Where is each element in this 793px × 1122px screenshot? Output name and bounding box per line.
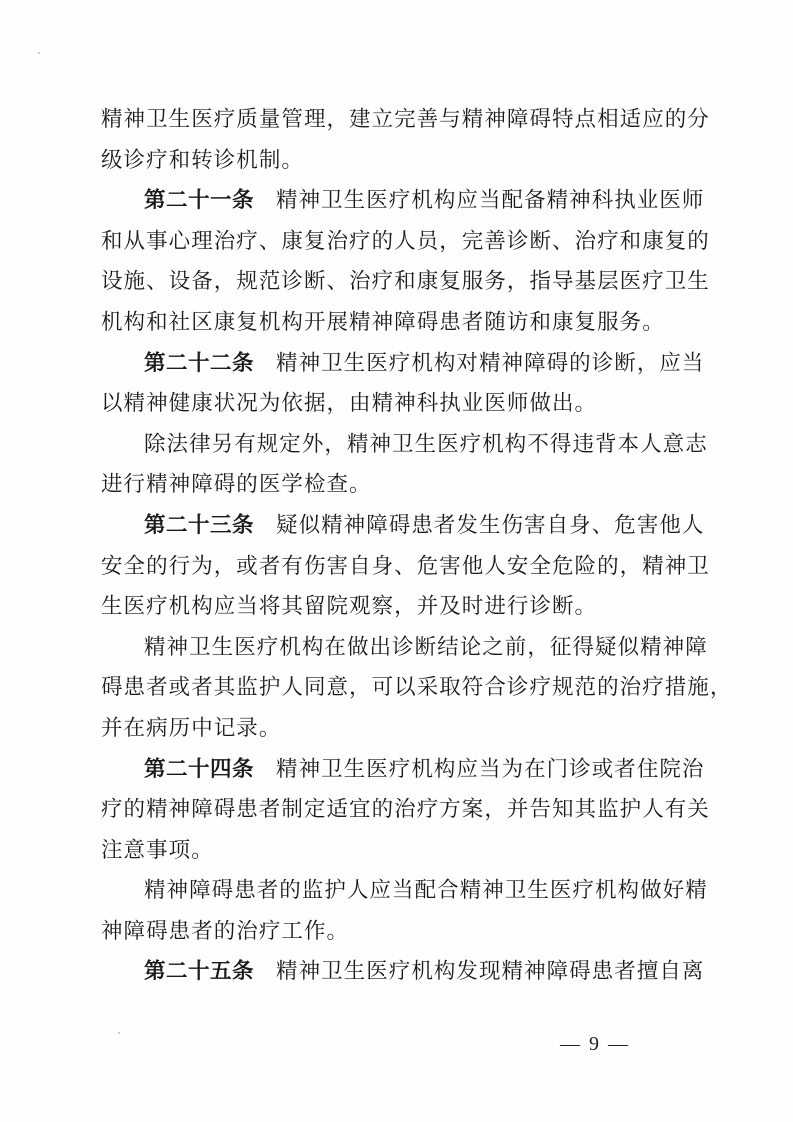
article-22-heading-line: 第二十二条精神卫生医疗机构对精神障碍的诊断，应当 [101, 344, 685, 385]
text-line: 碍患者或者其监护人同意，可以采取符合诊疗规范的治疗措施， [101, 668, 685, 709]
line-text: 碍患者或者其监护人同意，可以采取符合诊疗规范的治疗措施， [101, 675, 732, 700]
article-24-heading-line: 第二十四条精神卫生医疗机构应当为在门诊或者住院治 [101, 750, 685, 791]
text-line: 以精神健康状况为依据，由精神科执业医师做出。 [101, 384, 685, 425]
line-text: 神障碍患者的治疗工作。 [101, 919, 349, 944]
text-line: 并在病历中记录。 [101, 709, 685, 750]
text-line: 设施、设备，规范诊断、治疗和康复服务，指导基层医疗卫生 [101, 262, 685, 303]
line-text: 机构和社区康复机构开展精神障碍患者随访和康复服务。 [101, 310, 665, 335]
text-line: 疗的精神障碍患者制定适宜的治疗方案，并告知其监护人有关 [101, 790, 685, 831]
paragraph-start-line: 精神障碍患者的监护人应当配合精神卫生医疗机构做好精 [101, 871, 685, 912]
scan-speck [38, 52, 40, 54]
page-number: — 9 — [560, 1033, 630, 1056]
article-25-heading-line: 第二十五条精神卫生医疗机构发现精神障碍患者擅自离 [101, 952, 685, 993]
line-text: 精神卫生医疗机构发现精神障碍患者擅自离 [276, 959, 704, 984]
line-text: 生医疗机构应当将其留院观察，并及时进行诊断。 [101, 594, 597, 619]
text-line: 生医疗机构应当将其留院观察，并及时进行诊断。 [101, 587, 685, 628]
line-text: 精神卫生医疗质量管理，建立完善与精神障碍特点相适应的分 [101, 107, 710, 132]
text-line: 精神卫生医疗质量管理，建立完善与精神障碍特点相适应的分 [101, 100, 685, 141]
article-number: 第二十一条 [144, 188, 254, 213]
article-21-heading-line: 第二十一条精神卫生医疗机构应当配备精神科执业医师 [101, 181, 685, 222]
line-text: 注意事项。 [101, 838, 214, 863]
paragraph-start-line: 精神卫生医疗机构在做出诊断结论之前，征得疑似精神障 [101, 628, 685, 669]
article-number: 第二十二条 [144, 351, 254, 376]
article-number: 第二十四条 [144, 757, 254, 782]
text-line: 进行精神障碍的医学检查。 [101, 465, 685, 506]
line-text: 精神卫生医疗机构应当为在门诊或者住院治 [276, 757, 704, 782]
article-number: 第二十五条 [144, 959, 254, 984]
line-text: 精神卫生医疗机构在做出诊断结论之前，征得疑似精神障 [144, 635, 708, 660]
line-text: 以精神健康状况为依据，由精神科执业医师做出。 [101, 391, 597, 416]
document-page: 精神卫生医疗质量管理，建立完善与精神障碍特点相适应的分 级诊疗和转诊机制。 第二… [0, 0, 793, 1122]
line-text: 安全的行为，或者有伤害自身、危害他人安全危险的，精神卫 [101, 554, 710, 579]
text-line: 机构和社区康复机构开展精神障碍患者随访和康复服务。 [101, 303, 685, 344]
line-text: 设施、设备，规范诊断、治疗和康复服务，指导基层医疗卫生 [101, 269, 710, 294]
line-text: 精神卫生医疗机构应当配备精神科执业医师 [276, 188, 704, 213]
line-text: 除法律另有规定外，精神卫生医疗机构不得违背本人意志 [144, 432, 708, 457]
text-line: 安全的行为，或者有伤害自身、危害他人安全危险的，精神卫 [101, 547, 685, 588]
text-line: 神障碍患者的治疗工作。 [101, 912, 685, 953]
paragraph-start-line: 除法律另有规定外，精神卫生医疗机构不得违背本人意志 [101, 425, 685, 466]
text-line: 和从事心理治疗、康复治疗的人员，完善诊断、治疗和康复的 [101, 222, 685, 263]
line-text: 进行精神障碍的医学检查。 [101, 472, 372, 497]
line-text: 疑似精神障碍患者发生伤害自身、危害他人 [276, 513, 704, 538]
line-text: 精神卫生医疗机构对精神障碍的诊断，应当 [276, 351, 704, 376]
scan-speck [118, 1032, 120, 1034]
document-body: 精神卫生医疗质量管理，建立完善与精神障碍特点相适应的分 级诊疗和转诊机制。 第二… [101, 100, 685, 993]
line-text: 并在病历中记录。 [101, 716, 281, 741]
line-text: 级诊疗和转诊机制。 [101, 148, 304, 173]
article-23-heading-line: 第二十三条疑似精神障碍患者发生伤害自身、危害他人 [101, 506, 685, 547]
line-text: 疗的精神障碍患者制定适宜的治疗方案，并告知其监护人有关 [101, 797, 710, 822]
text-line: 注意事项。 [101, 831, 685, 872]
article-number: 第二十三条 [144, 513, 254, 538]
line-text: 精神障碍患者的监护人应当配合精神卫生医疗机构做好精 [144, 878, 708, 903]
text-line: 级诊疗和转诊机制。 [101, 141, 685, 182]
line-text: 和从事心理治疗、康复治疗的人员，完善诊断、治疗和康复的 [101, 229, 710, 254]
